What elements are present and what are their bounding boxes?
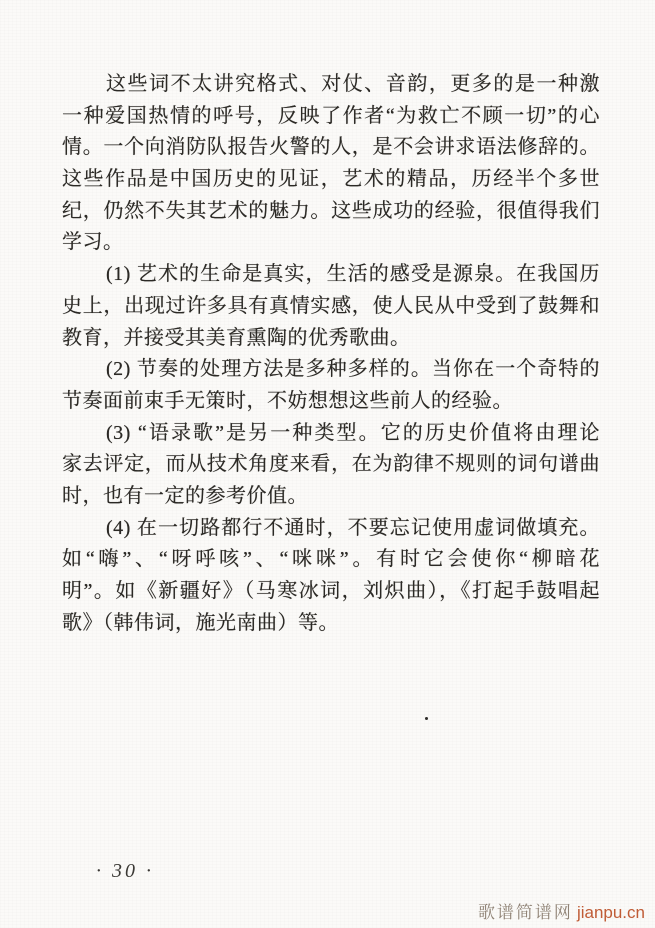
watermark-site-url: jianpu.cn	[577, 903, 645, 922]
text-line: (3) “语录歌”是另一种类型。它的历史价值将由理论	[62, 418, 600, 450]
watermark: 歌谱简谱网jianpu.cn	[478, 898, 645, 923]
text-line: 情。一个向消防队报告火警的人，是不会讲求语法修辞的。	[62, 132, 600, 164]
body-text: 这些词不太讲究格式、对仗、音韵，更多的是一种激情，一种爱国热情的呼号，反映了作者…	[62, 69, 600, 639]
page-number: · 30 ·	[96, 860, 154, 883]
text-line: 纪，仍然不失其艺术的魅力。这些成功的经验，很值得我们	[62, 196, 600, 228]
watermark-site-name: 歌谱简谱网	[478, 903, 573, 922]
text-line: 歌》（韩伟词，施光南曲）等。	[62, 608, 600, 640]
text-line: (1) 艺术的生命是真实，生活的感受是源泉。在我国历	[62, 259, 600, 291]
text-line: (4) 在一切路都行不通时，不要忘记使用虚词做填充。	[62, 513, 600, 545]
text-line: 节奏面前束手无策时，不妨想想这些前人的经验。	[62, 386, 600, 418]
text-line: (2) 节奏的处理方法是多种多样的。当你在一个奇特的	[62, 354, 600, 386]
ink-speck-artifact	[425, 717, 428, 720]
text-line: 学习。	[62, 227, 600, 259]
text-line: 如“嗨”、“呀呼咳”、“咪咪”。有时它会使你“柳暗花	[62, 544, 600, 576]
text-line: 这些词不太讲究格式、对仗、音韵，更多的是一种激情，	[62, 69, 600, 101]
scanned-page: 这些词不太讲究格式、对仗、音韵，更多的是一种激情，一种爱国热情的呼号，反映了作者…	[0, 0, 655, 928]
text-line: 史上，出现过许多具有真情实感，使人民从中受到了鼓舞和	[62, 291, 600, 323]
text-line: 教育，并接受其美育熏陶的优秀歌曲。	[62, 323, 600, 355]
text-line: 家去评定，而从技术角度来看，在为韵律不规则的词句谱曲	[62, 449, 600, 481]
text-line: 一种爱国热情的呼号，反映了作者“为救亡不顾一切”的心	[62, 101, 600, 133]
text-line: 时，也有一定的参考价值。	[62, 481, 600, 513]
text-line: 这些作品是中国历史的见证，艺术的精品，历经半个多世	[62, 164, 600, 196]
text-line: 明”。如《新疆好》（马寒冰词，刘炽曲），《打起手鼓唱起	[62, 576, 600, 608]
